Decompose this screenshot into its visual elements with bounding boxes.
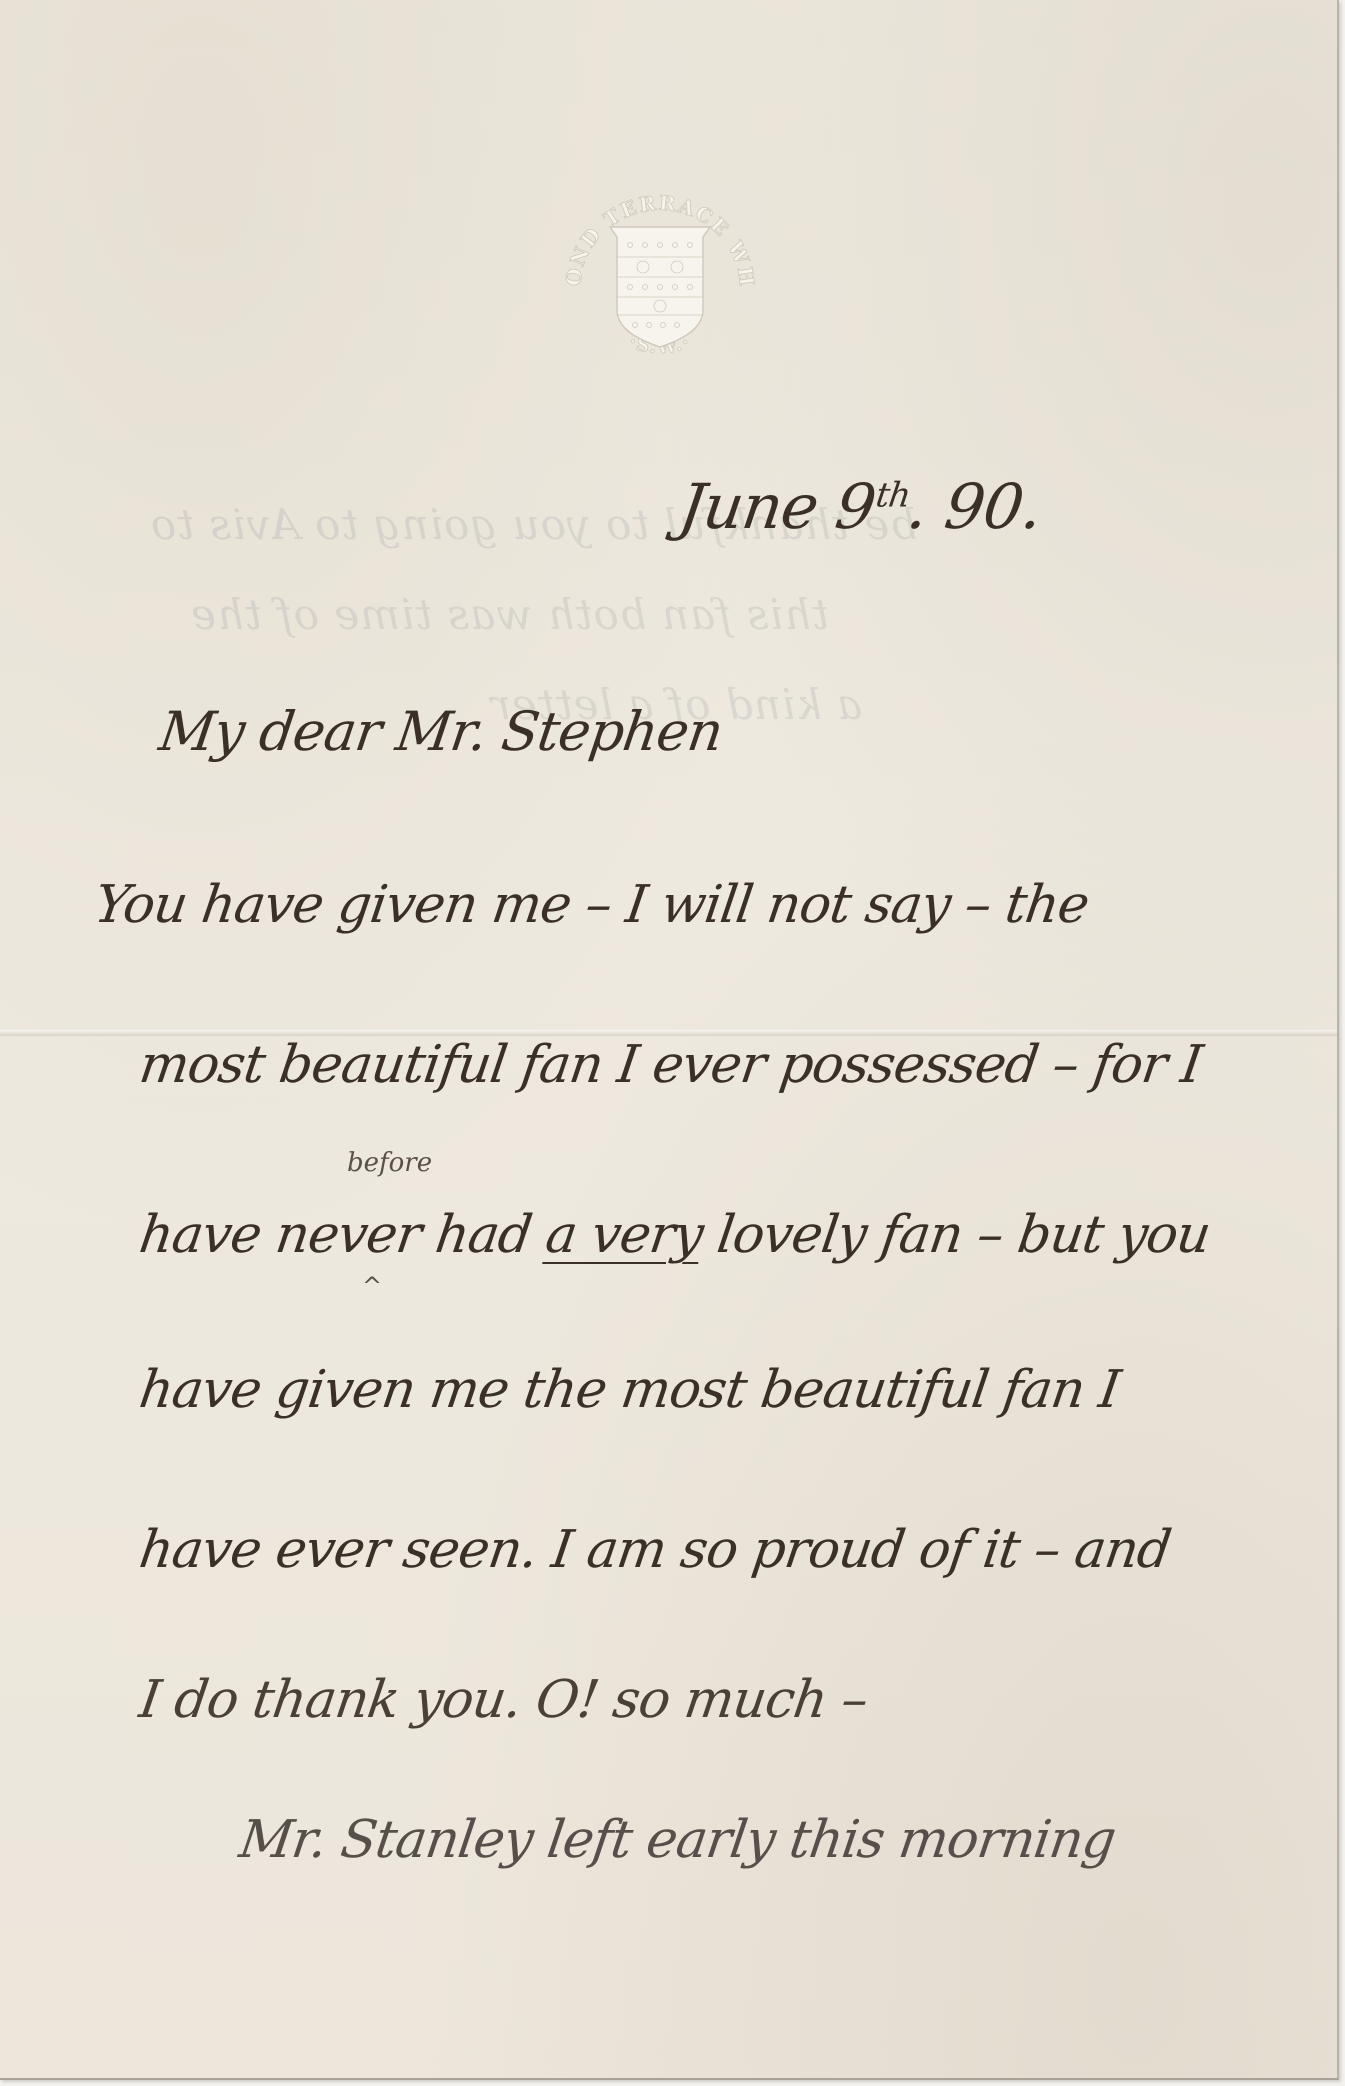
- body-line: most beautiful fan I ever possessed – fo…: [136, 1035, 1205, 1095]
- embossed-letterhead-seal: 2·RICHMOND TERRACE WHITEHALL ·S.W.·: [555, 165, 765, 395]
- body-line: have given me the most beautiful fan I: [136, 1360, 1124, 1420]
- body-line: I do thank you. O! so much –: [136, 1670, 871, 1730]
- body-line: have ever seen. I am so proud of it – an…: [136, 1520, 1174, 1580]
- underlined-emphasis: a very: [542, 1205, 706, 1265]
- inserted-word: before: [347, 1148, 432, 1178]
- body-line: Mr. Stanley left early this morning: [236, 1810, 1119, 1870]
- body-line: You have given me – I will not say – the: [91, 875, 1092, 935]
- body-segment: had: [432, 1205, 535, 1265]
- body-segment: have never: [136, 1205, 425, 1265]
- body-line: have never had a very lovely fan – but y…: [136, 1205, 1214, 1265]
- salutation: My dear Mr. Stephen: [156, 700, 727, 763]
- show-through-text: this fan both was time of the: [190, 590, 829, 639]
- insertion-caret: ^: [362, 1272, 382, 1300]
- date-year: . 90.: [903, 470, 1046, 543]
- body-segment: lovely fan – but you: [714, 1205, 1214, 1265]
- shield-crest-icon: 2·RICHMOND TERRACE WHITEHALL ·S.W.·: [555, 165, 765, 395]
- date-month-day: June 9: [675, 470, 880, 543]
- letter-page: be thankful to you going to Avis to this…: [0, 0, 1339, 2080]
- letter-date: June 9th. 90.: [675, 470, 1046, 543]
